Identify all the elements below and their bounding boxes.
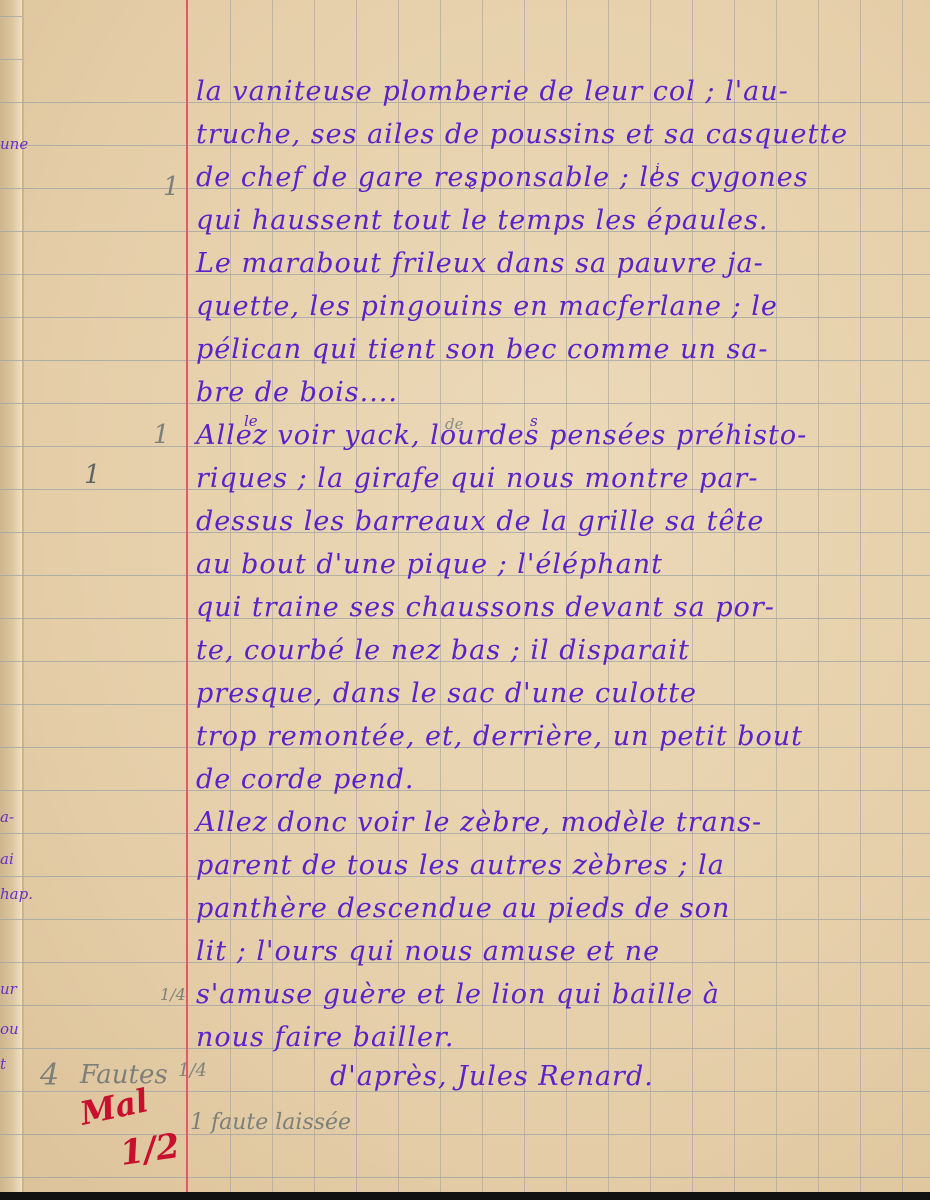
text-line-19: parent de tous les autres zèbres ; la	[196, 852, 725, 879]
text-line-3: de chef de gare responsable ; les cygone…	[196, 164, 809, 191]
correction-insert-de: de	[445, 415, 463, 433]
previous-page-edge	[0, 0, 24, 1192]
prev-page-fragment: a-	[0, 808, 14, 826]
prev-page-ruled-line	[0, 489, 22, 490]
text-line-2: truche, ses ailes de poussins et sa casq…	[196, 121, 848, 148]
text-line-18: Allez donc voir le zèbre, modèle trans-	[196, 809, 762, 836]
text-line-21: lit ; l'ours qui nous amuse et ne	[196, 938, 660, 965]
text-line-11: dessus les barreaux de la grille sa tête	[196, 508, 764, 535]
text-line-20: panthère descendue au pieds de son	[196, 895, 730, 922]
ruled-line	[22, 790, 930, 791]
text-line-9: Allez voir yack, lourdes pensées préhist…	[196, 422, 807, 449]
prev-page-ruled-line	[0, 188, 22, 189]
prev-page-ruled-line	[0, 231, 22, 232]
prev-page-ruled-line	[0, 360, 22, 361]
prev-page-ruled-line	[0, 1134, 22, 1135]
prev-page-ruled-line	[0, 575, 22, 576]
signature: d'après, Jules Renard.	[330, 1063, 654, 1090]
prev-page-ruled-line	[0, 833, 22, 834]
prev-page-ruled-line	[0, 16, 22, 17]
grid-column-line	[860, 0, 861, 1192]
prev-page-ruled-line	[0, 446, 22, 447]
ruled-line	[22, 1048, 930, 1049]
margin-mark-3: 1	[84, 460, 101, 490]
prev-page-ruled-line	[0, 1091, 22, 1092]
text-line-17: de corde pend.	[196, 766, 415, 793]
prev-page-fragment: ur	[0, 980, 17, 998]
margin-mark-4: 1/4	[160, 985, 186, 1004]
prev-page-fragment: hap.	[0, 885, 33, 903]
prev-page-ruled-line	[0, 747, 22, 748]
text-line-1: la vaniteuse plomberie de leur col ; l'a…	[196, 78, 789, 105]
text-line-22: s'amuse guère et le lion qui baille à	[196, 981, 720, 1008]
margin-mark-1: 1	[163, 172, 180, 202]
correction-insert-e: e	[468, 175, 477, 193]
prev-page-ruled-line	[0, 1048, 22, 1049]
text-line-6: quette, les pingouins en macferlane ; le	[196, 293, 778, 320]
text-line-16: trop remontée, et, derrière, un petit bo…	[196, 723, 803, 750]
prev-page-ruled-line	[0, 962, 22, 963]
text-line-15: presque, dans le sac d'une culotte	[196, 680, 697, 707]
prev-page-ruled-line	[0, 532, 22, 533]
margin-mark-2: 1	[153, 420, 170, 450]
text-line-23: nous faire bailler.	[196, 1024, 454, 1051]
prev-page-fragment: t	[0, 1055, 6, 1073]
correction-insert-le: le	[244, 412, 258, 430]
prev-page-fragment: une	[0, 135, 28, 153]
grid-column-line	[818, 0, 819, 1192]
text-line-10: riques ; la girafe qui nous montre par-	[196, 465, 758, 492]
prev-page-ruled-line	[0, 403, 22, 404]
prev-page-fragment: ai	[0, 850, 14, 868]
text-line-8: bre de bois....	[196, 379, 398, 406]
prev-page-ruled-line	[0, 274, 22, 275]
text-line-14: te, courbé le nez bas ; il disparait	[196, 637, 690, 664]
grade-value: 1/2	[118, 1126, 183, 1174]
prev-page-ruled-line	[0, 317, 22, 318]
prev-page-ruled-line	[0, 59, 22, 60]
text-line-13: qui traine ses chaussons devant sa por-	[196, 594, 775, 621]
ruled-line	[22, 1177, 930, 1178]
text-line-12: au bout d'une pique ; l'éléphant	[196, 551, 663, 578]
teacher-note: 1 faute laissée	[190, 1110, 351, 1135]
text-line-7: pélican qui tient son bec comme un sa-	[196, 336, 769, 363]
prev-page-ruled-line	[0, 661, 22, 662]
prev-page-ruled-line	[0, 1177, 22, 1178]
ruled-line	[22, 403, 930, 404]
prev-page-ruled-line	[0, 618, 22, 619]
text-line-5: Le marabout frileux dans sa pauvre ja-	[196, 250, 764, 277]
correction-insert-i: i	[655, 160, 660, 178]
text-line-4: qui haussent tout le temps les épaules.	[196, 207, 768, 234]
prev-page-fragment: ou	[0, 1020, 19, 1038]
red-margin-line	[186, 0, 188, 1192]
notebook-page: une a- ai hap. ur ou t la vaniteuse plom…	[0, 0, 930, 1192]
prev-page-ruled-line	[0, 919, 22, 920]
prev-page-ruled-line	[0, 876, 22, 877]
prev-page-ruled-line	[0, 1005, 22, 1006]
fautes-count: 4	[40, 1058, 59, 1093]
correction-insert-s: s	[530, 412, 538, 430]
prev-page-ruled-line	[0, 102, 22, 103]
grid-column-line	[902, 0, 903, 1192]
prev-page-ruled-line	[0, 790, 22, 791]
fautes-fraction: 1/4	[178, 1060, 207, 1081]
prev-page-ruled-line	[0, 704, 22, 705]
